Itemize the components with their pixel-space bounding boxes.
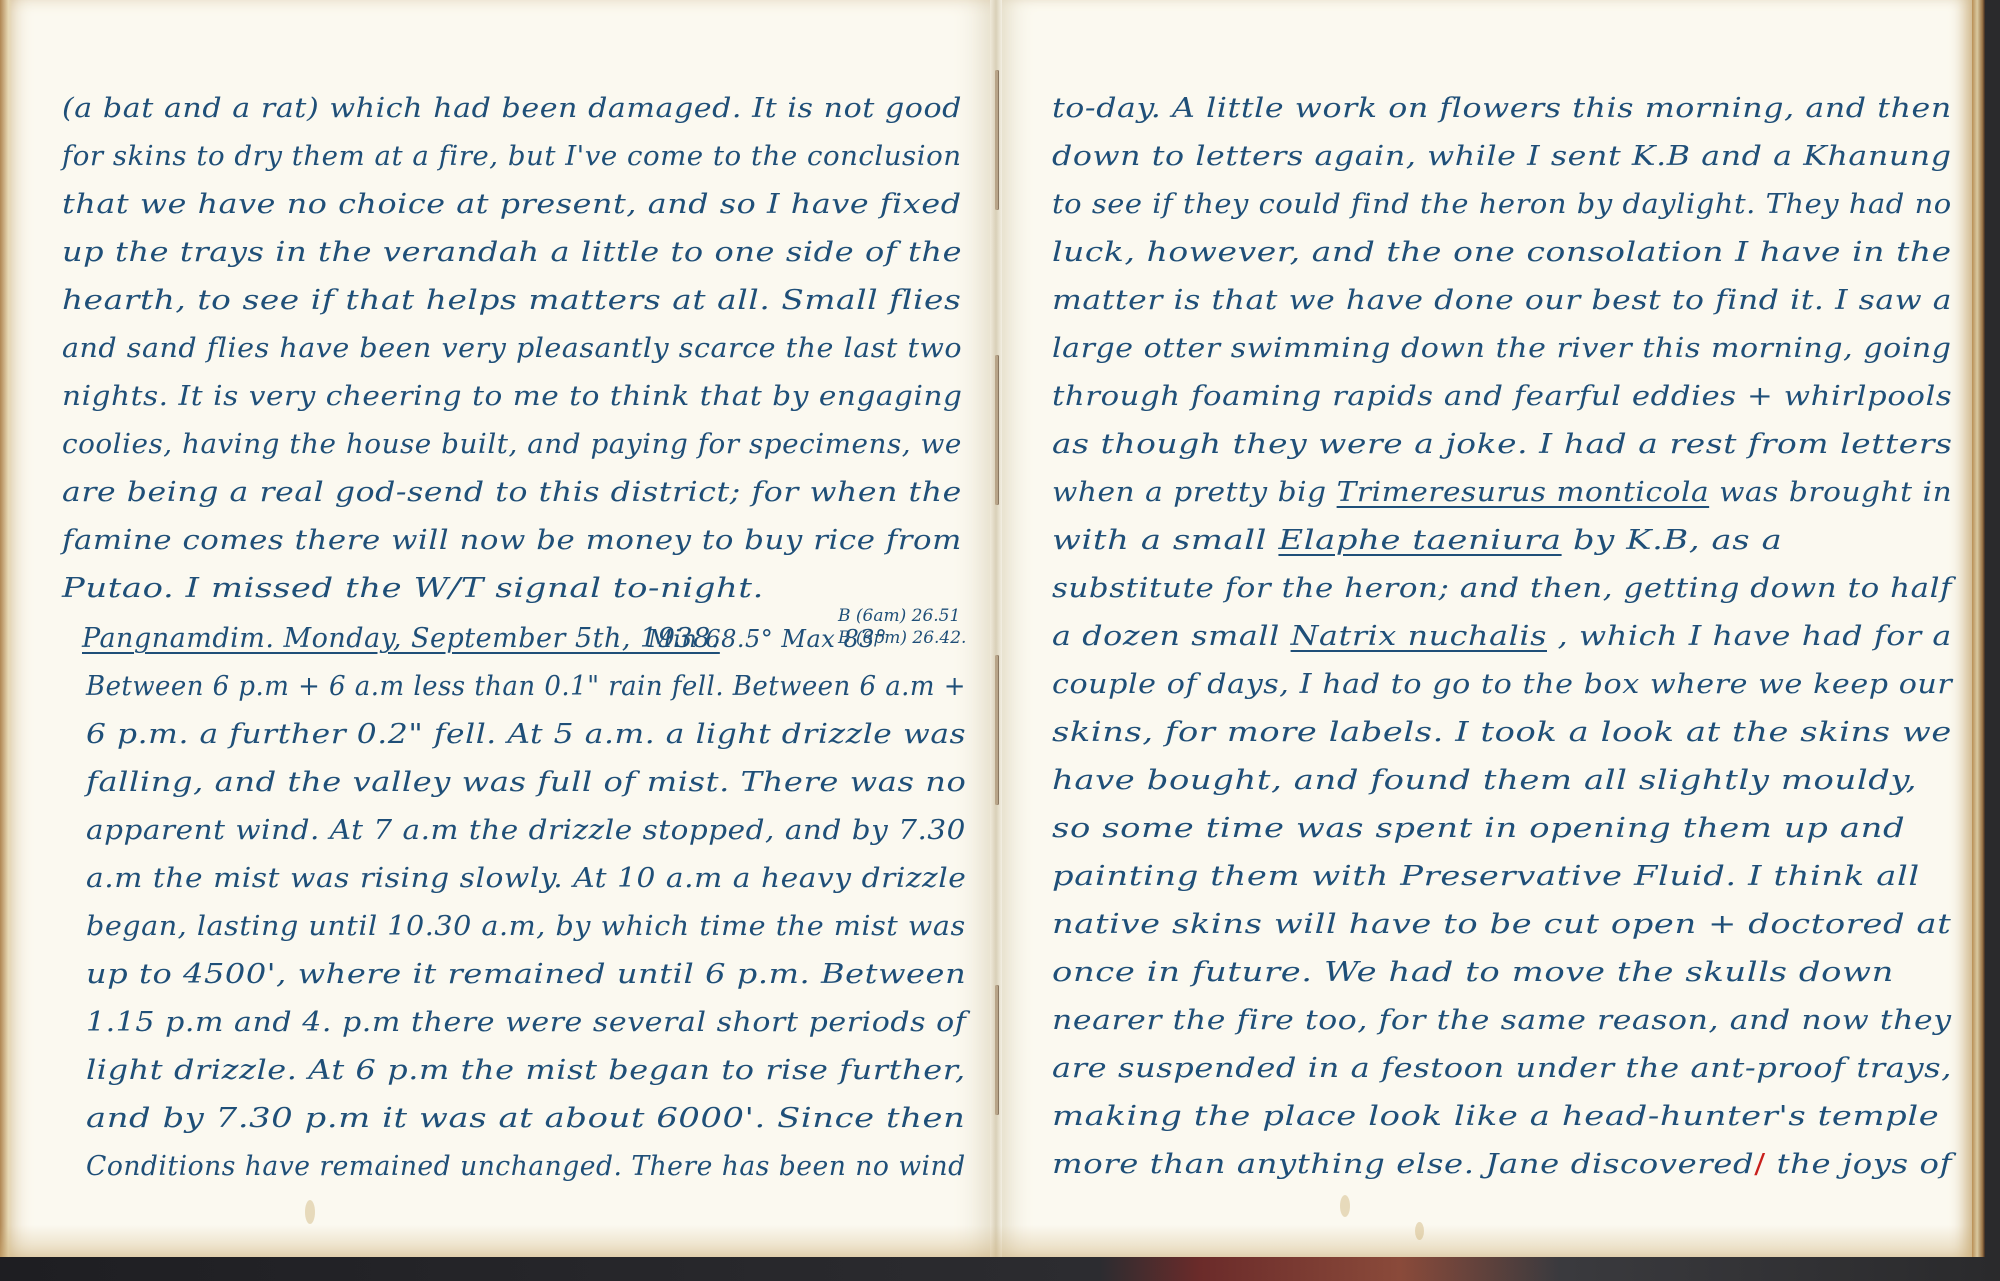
- handwritten-line: for skins to dry them at a fire, but I'v…: [62, 140, 962, 174]
- handwritten-line: native skins will have to be cut open + …: [1052, 908, 1951, 942]
- handwritten-line: making the place look like a head-hunter…: [1052, 1100, 1939, 1134]
- handwritten-line: luck, however, and the one consolation I…: [1052, 236, 1952, 270]
- handwritten-line: coolies, having the house built, and pay…: [62, 428, 962, 462]
- handwritten-line: so some time was spent in opening them u…: [1052, 812, 1905, 846]
- handwritten-line: skins, for more labels. I took a look at…: [1052, 716, 1952, 750]
- handwritten-line: up the trays in the verandah a little to…: [62, 236, 962, 270]
- handwritten-line: matter is that we have done our best to …: [1052, 284, 1952, 318]
- binding-stitch: [995, 355, 998, 505]
- handwritten-line: painting them with Preservative Fluid. I…: [1052, 860, 1920, 894]
- paper-stain: [1340, 1195, 1350, 1217]
- handwritten-line: Putao. I missed the W/T signal to-night.: [62, 572, 764, 606]
- handwritten-line: are being a real god-send to this distri…: [62, 476, 962, 510]
- species-name: Natrix nuchalis: [1291, 621, 1547, 652]
- handwritten-line: substitute for the heron; and then, gett…: [1052, 572, 1952, 606]
- handwritten-line: down to letters again, while I sent K.B …: [1052, 140, 1952, 174]
- species-name: Trimeresurus monticola: [1337, 477, 1710, 508]
- handwritten-line: famine comes there will now be money to …: [62, 524, 962, 558]
- handwritten-line: are suspended in a festoon under the ant…: [1052, 1052, 1952, 1086]
- handwritten-line: when a pretty big Trimeresurus monticola…: [1052, 476, 1952, 510]
- handwritten-line: up to 4500', where it remained until 6 p…: [86, 958, 966, 992]
- paper-stain: [305, 1200, 315, 1224]
- handwritten-line: apparent wind. At 7 a.m the drizzle stop…: [86, 814, 966, 848]
- correction-mark: /: [1754, 1149, 1765, 1180]
- right-page-edges: [1972, 0, 1985, 1257]
- handwritten-line: 1.15 p.m and 4. p.m there were several s…: [86, 1006, 966, 1040]
- handwritten-line: light drizzle. At 6 p.m the mist began t…: [86, 1054, 966, 1088]
- handwritten-line: a dozen small Natrix nuchalis , which I …: [1052, 620, 1952, 654]
- species-name: Elaphe taeniura: [1278, 525, 1561, 556]
- handwritten-line: large otter swimming down the river this…: [1052, 332, 1952, 366]
- handwritten-line: Between 6 p.m + 6 a.m less than 0.1" rai…: [86, 670, 966, 704]
- handwritten-line: to-day. A little work on flowers this mo…: [1052, 92, 1952, 126]
- binding-stitch: [995, 70, 998, 210]
- handwritten-line: have bought, and found them all slightly…: [1052, 764, 1917, 798]
- handwritten-line: as though they were a joke. I had a rest…: [1052, 428, 1953, 462]
- barometer-morning: B (6am) 26.51: [838, 606, 960, 626]
- left-page-edge: [0, 0, 12, 1257]
- handwritten-line: with a small Elaphe taeniura by K.B, as …: [1052, 524, 1782, 558]
- handwritten-line: and by 7.30 p.m it was at about 6000'. S…: [86, 1102, 965, 1136]
- paper-stain: [1415, 1222, 1424, 1240]
- page-foxing: [0, 1225, 1972, 1257]
- handwritten-line: to see if they could find the heron by d…: [1052, 188, 1952, 222]
- handwritten-line: Conditions have remained unchanged. Ther…: [86, 1150, 966, 1184]
- handwritten-line: that we have no choice at present, and s…: [62, 188, 962, 222]
- binding-stitch: [995, 655, 998, 805]
- background-surface: [0, 1255, 2000, 1281]
- handwritten-line: nearer the fire too, for the same reason…: [1052, 1004, 1952, 1038]
- handwritten-line: once in future. We had to move the skull…: [1052, 956, 1894, 990]
- binding-stitch: [995, 985, 998, 1115]
- handwritten-line: (a bat and a rat) which had been damaged…: [62, 92, 962, 126]
- handwritten-line: through foaming rapids and fearful eddie…: [1052, 380, 1952, 414]
- handwritten-line: couple of days, I had to go to the box w…: [1052, 668, 1952, 702]
- handwritten-line: hearth, to see if that helps matters at …: [62, 284, 961, 318]
- handwritten-line: nights. It is very cheering to me to thi…: [62, 380, 963, 414]
- handwritten-line: falling, and the valley was full of mist…: [86, 766, 966, 800]
- handwritten-line: began, lasting until 10.30 a.m, by which…: [86, 910, 966, 944]
- entry-heading-place-date: Pangnamdim. Monday, September 5th, 1938.: [82, 622, 720, 656]
- handwritten-line: a.m the mist was rising slowly. At 10 a.…: [86, 862, 966, 896]
- barometer-evening: B (6pm) 26.42.: [838, 628, 966, 648]
- handwritten-line: and sand flies have been very pleasantly…: [62, 332, 962, 366]
- handwritten-line: 6 p.m. a further 0.2" fell. At 5 a.m. a …: [86, 718, 966, 752]
- handwritten-line: more than anything else. Jane discovered…: [1052, 1148, 1952, 1182]
